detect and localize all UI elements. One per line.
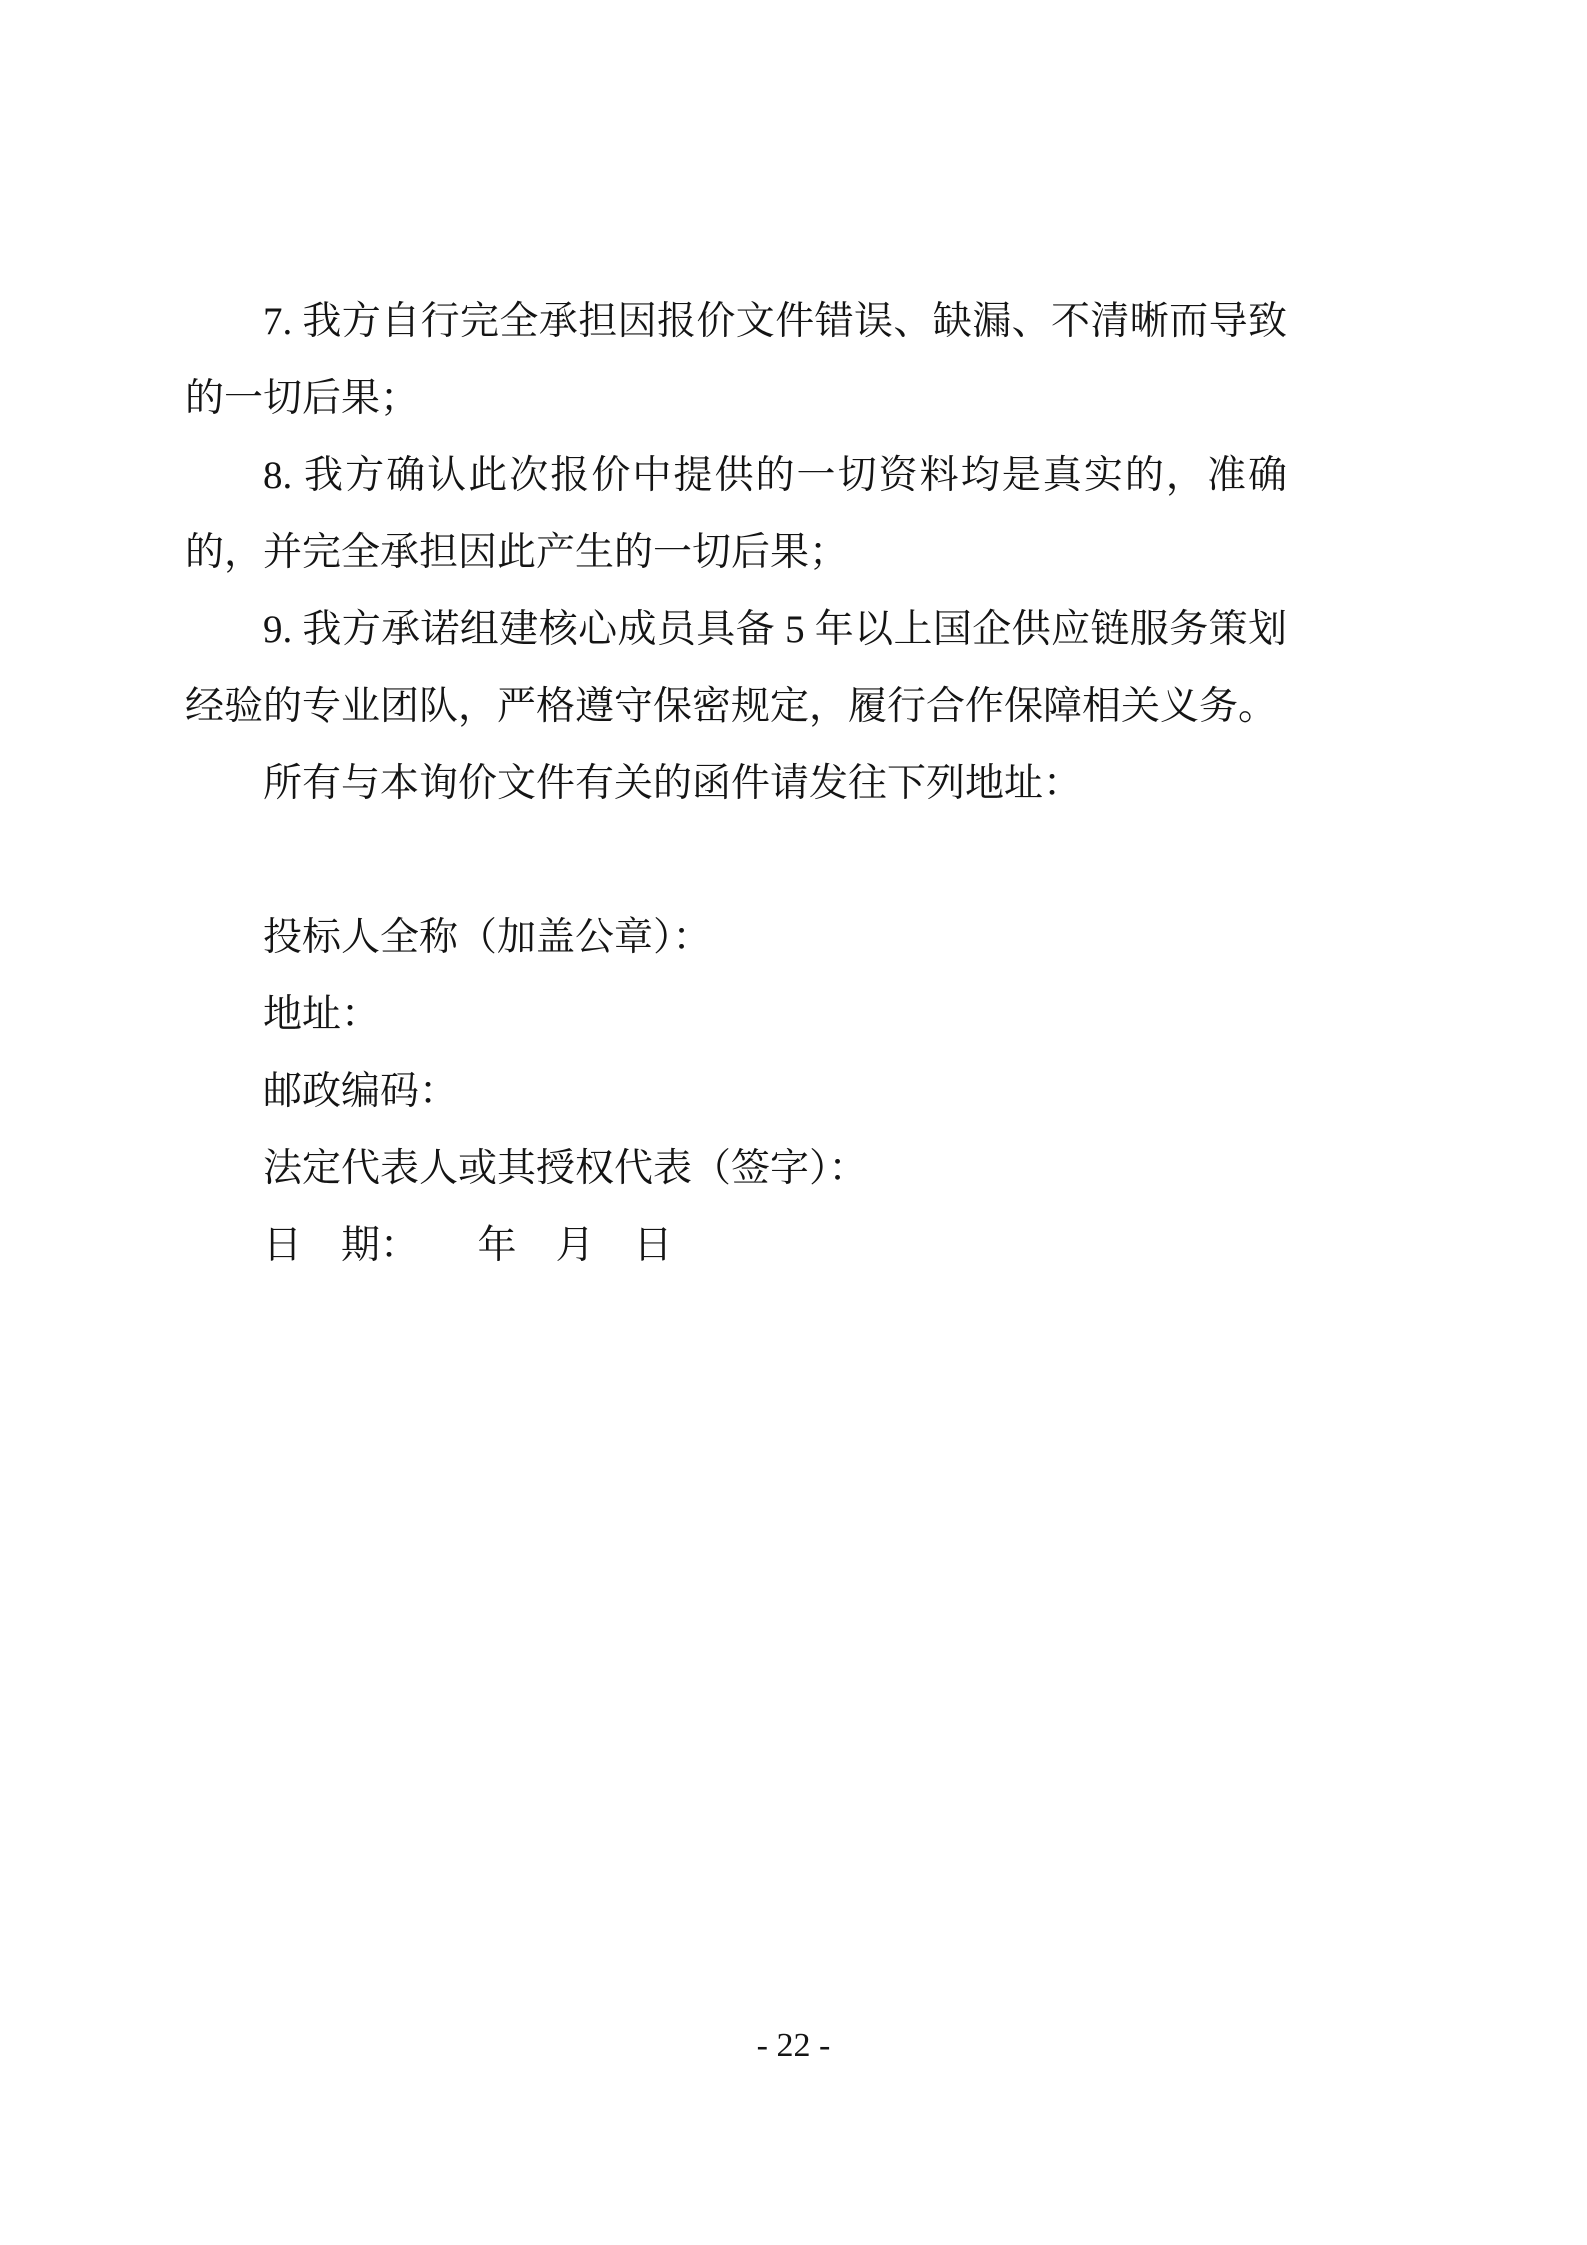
paragraph-item-9: 9. 我方承诺组建核心成员具备 5 年以上国企供应链服务策划经验的专业团队，严格… <box>185 591 1287 745</box>
blank-line <box>185 822 1287 899</box>
paragraph-item-8: 8. 我方确认此次报价中提供的一切资料均是真实的，准确的，并完全承担因此产生的一… <box>185 437 1287 591</box>
page-number: - 22 - <box>0 2026 1587 2066</box>
field-legal-representative: 法定代表人或其授权代表（签字）： <box>185 1130 1287 1207</box>
page-content: 7. 我方自行完全承担因报价文件错误、缺漏、不清晰而导致的一切后果； 8. 我方… <box>185 283 1287 1284</box>
document-page: 7. 我方自行完全承担因报价文件错误、缺漏、不清晰而导致的一切后果； 8. 我方… <box>0 0 1587 2245</box>
field-postal-code: 邮政编码： <box>185 1053 1287 1130</box>
field-date: 日 期： 年 月 日 <box>185 1207 1287 1284</box>
field-address: 地址： <box>185 976 1287 1053</box>
paragraph-item-7: 7. 我方自行完全承担因报价文件错误、缺漏、不清晰而导致的一切后果； <box>185 283 1287 437</box>
paragraph-mail-notice: 所有与本询价文件有关的函件请发往下列地址： <box>185 745 1287 822</box>
field-bidder-name: 投标人全称（加盖公章）： <box>185 899 1287 976</box>
